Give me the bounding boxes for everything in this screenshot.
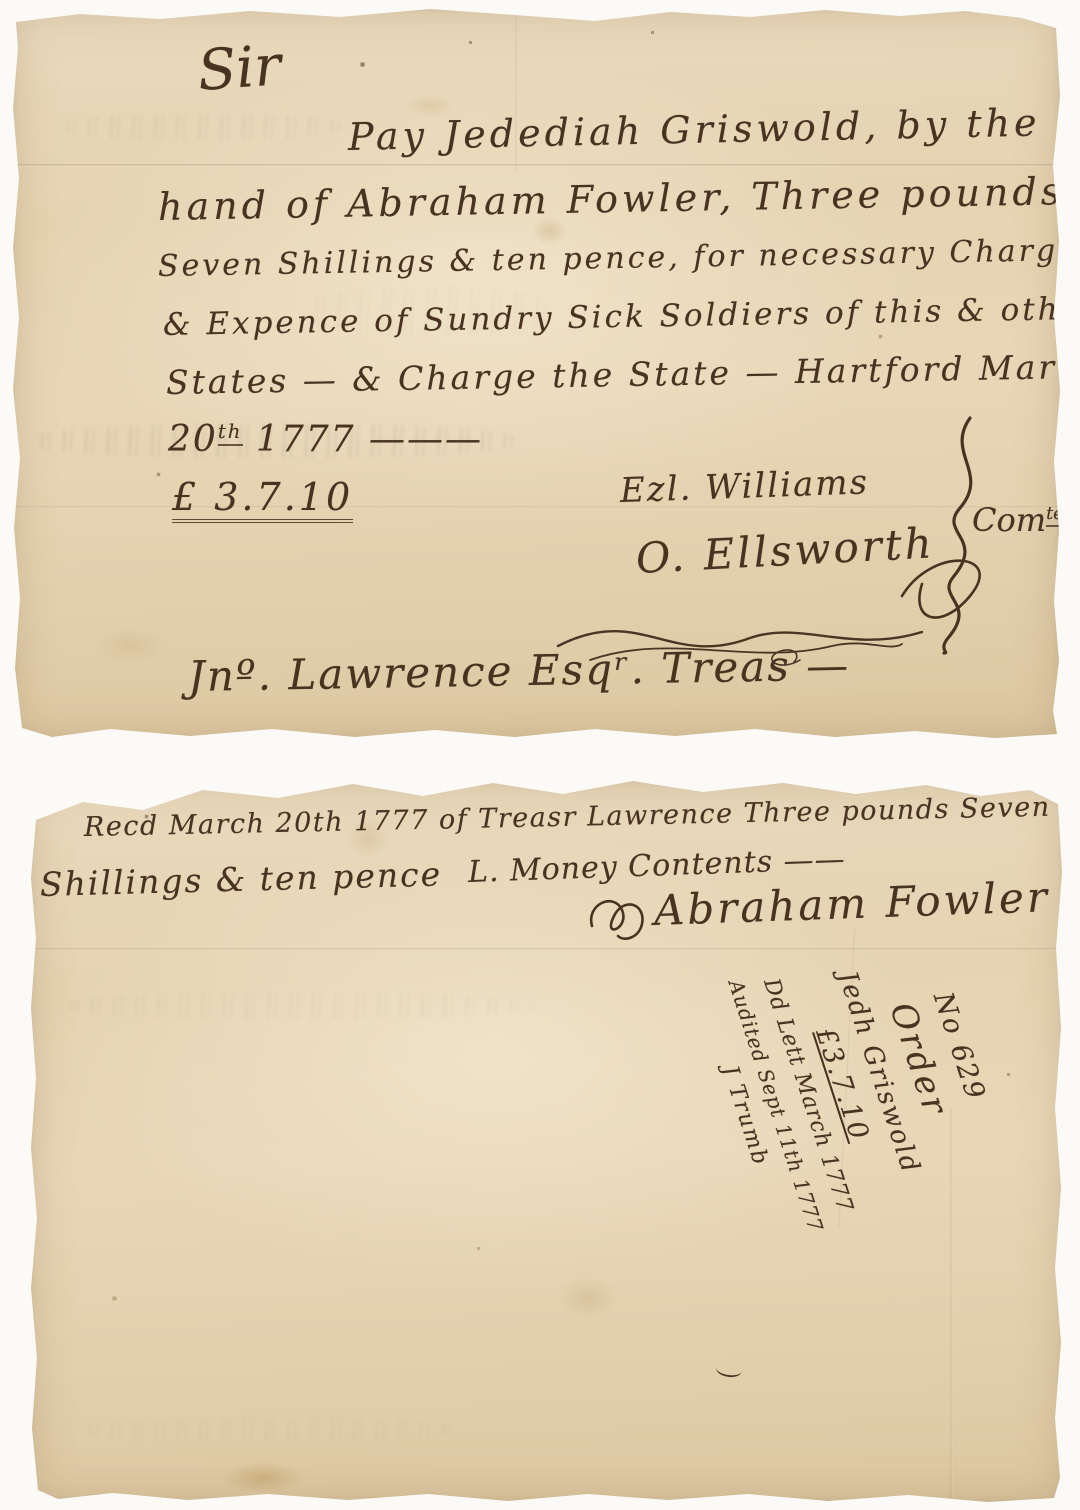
- receipt-sheet: Recd March 20th 1777 of Treasr Lawrence …: [28, 778, 1066, 1504]
- receipt-line: Shillings & ten pence: [40, 857, 443, 901]
- committee-sup: tee: [1046, 504, 1074, 527]
- ink-specks: [10, 6, 11, 7]
- ink-bleed-through: [63, 993, 533, 1019]
- salutation: Sir: [196, 38, 283, 100]
- order-sheet: Sir Pay Jedediah Griswold, by the hand o…: [10, 6, 1062, 742]
- letter-body-line: hand of Abraham Fowler, Three pounds: [158, 172, 1065, 226]
- date-line: 20th 1777 ———: [168, 422, 483, 458]
- letter-body-line: Pay Jedediah Griswold, by the: [348, 103, 1041, 155]
- address-line: Jnº. Lawrence Esqʳ. Treas —: [188, 644, 851, 698]
- letter-body-line: States — & Charge the State — Hartford M…: [166, 350, 1080, 399]
- committee-label: Comtee: [972, 504, 1074, 536]
- ink-bleed-through: [83, 1418, 463, 1442]
- signature-paraph: [584, 886, 654, 946]
- letter-body-line: & Expence of Sundry Sick Soldiers of thi…: [163, 294, 1080, 341]
- ink-specks: [28, 778, 29, 779]
- date-day: 20: [168, 419, 218, 460]
- docket-block: No 629 Order Jedh Griswold £3.7.10 Dd Le…: [683, 885, 1023, 1276]
- signature-ez-williams: Ezl. Williams: [619, 465, 869, 508]
- fold-crease: [10, 164, 1062, 167]
- receipt-line: Recd March 20th 1777 of Treasr Lawrence …: [84, 794, 1051, 841]
- committee-abbr: Com: [972, 501, 1046, 539]
- stray-ink-mark: [715, 1360, 743, 1378]
- ink-bleed-through: [60, 114, 340, 140]
- letter-body-line: Seven Shillings & ten pence, for necessa…: [158, 236, 1080, 282]
- date-ordinal: th: [218, 420, 243, 446]
- amount-total: £ 3.7.10: [172, 478, 353, 523]
- date-year: 1777 ———: [243, 419, 484, 460]
